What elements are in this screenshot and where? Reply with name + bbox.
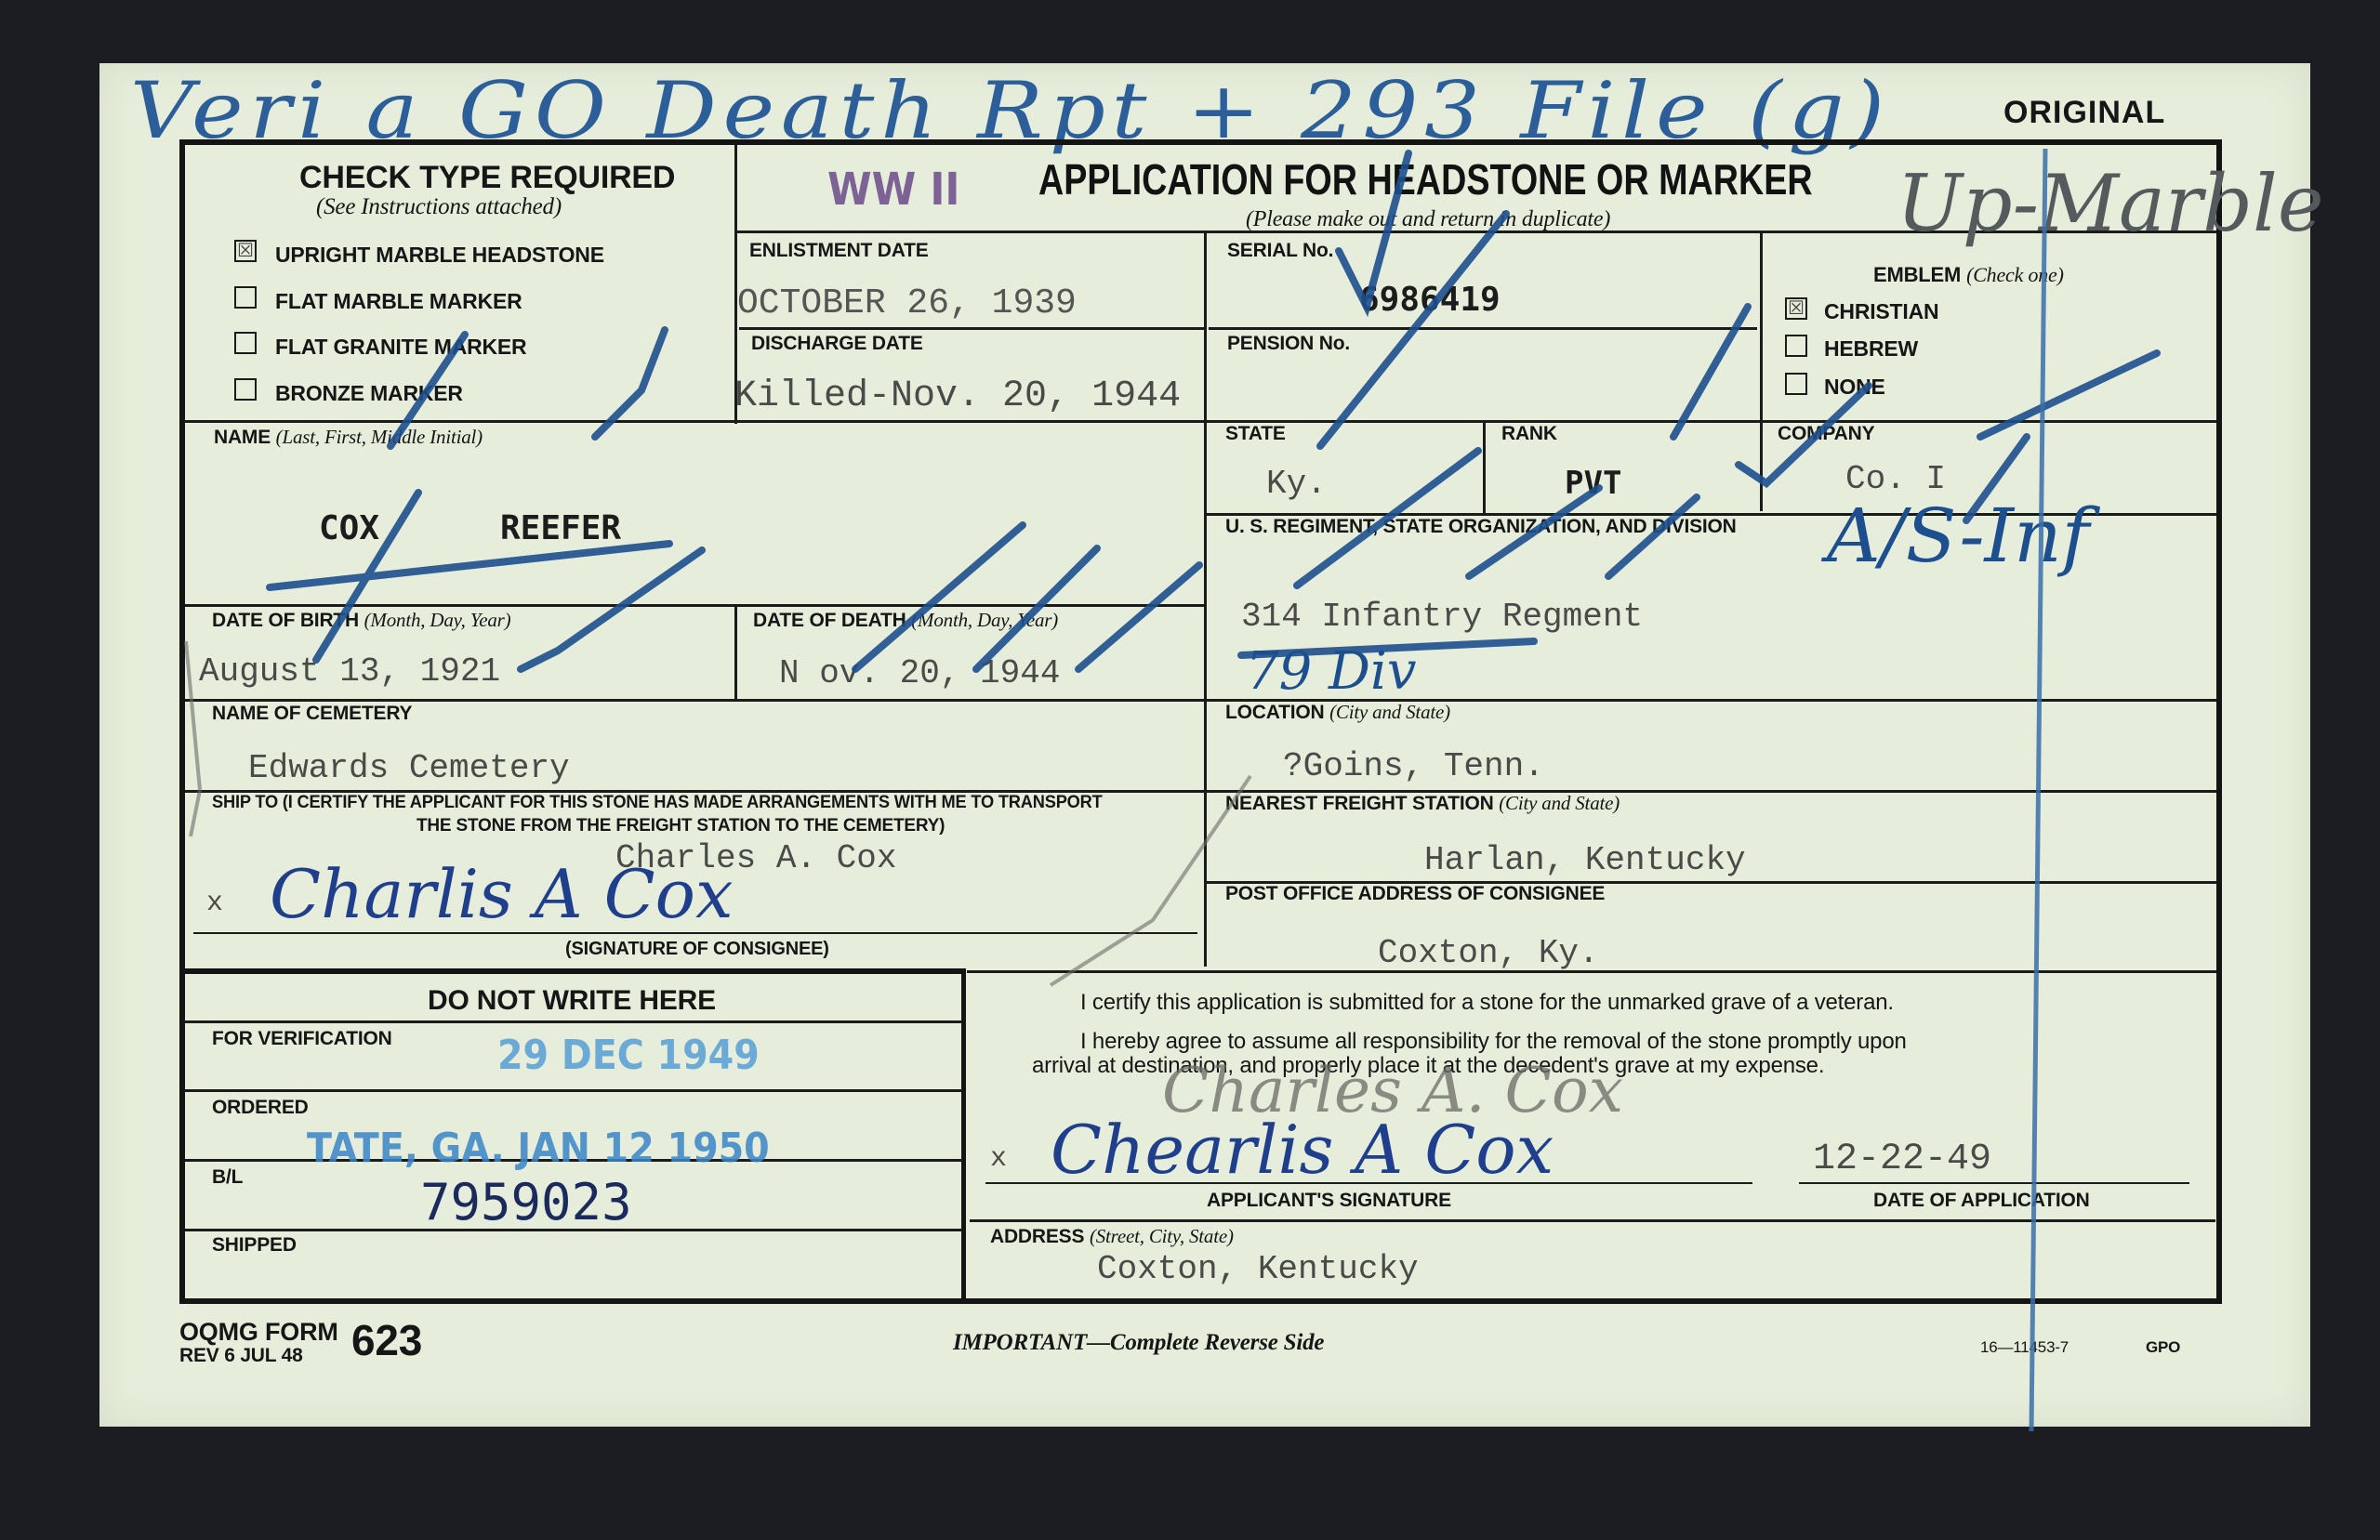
form-agency: OQMG FORM xyxy=(179,1318,338,1347)
print-code: 16—11453-7 xyxy=(1980,1338,2069,1357)
divider xyxy=(734,606,737,699)
post-office-value[interactable]: Coxton, Ky. xyxy=(1378,934,1599,972)
check-type-subheading-text: (See Instructions attached) xyxy=(316,194,562,219)
certification-line-2: I hereby agree to assume all responsibil… xyxy=(1080,1029,1907,1055)
discharge-date-value[interactable]: Killed-Nov. 20, 1944 xyxy=(734,375,1181,417)
checkbox-none[interactable] xyxy=(1785,373,1807,395)
ordered-stamp: TATE, GA. JAN 12 1950 xyxy=(307,1125,770,1172)
applicant-x-mark: x xyxy=(990,1143,1007,1175)
divider xyxy=(185,699,2216,702)
form-revision: REV 6 JUL 48 xyxy=(179,1345,303,1367)
option-label: FLAT MARBLE MARKER xyxy=(275,289,522,314)
bl-stamp: 7959023 xyxy=(420,1173,632,1231)
original-copy-mark: ORIGINAL xyxy=(2003,95,2165,131)
address-label: ADDRESS (Street, City, State) xyxy=(990,1225,1234,1248)
form-subtitle: (Please make out and return in duplicate… xyxy=(1246,206,1610,232)
state-value[interactable]: Ky. xyxy=(1266,465,1327,503)
option-label: BRONZE MARKER xyxy=(275,381,463,406)
freight-station-label: NEAREST FREIGHT STATION (City and State) xyxy=(1225,792,1620,815)
freight-station-label-note: (City and State) xyxy=(1499,792,1620,814)
ww2-stamp: WW II xyxy=(827,164,959,216)
regiment-value[interactable]: 314 Infantry Regment xyxy=(1241,598,1643,636)
applicant-signature[interactable]: Chearlis A Cox xyxy=(1051,1111,1554,1189)
location-value[interactable]: ?Goins, Tenn. xyxy=(1283,747,1544,785)
serial-number-value[interactable]: 6986419 xyxy=(1359,281,1501,319)
application-date-label: DATE OF APPLICATION xyxy=(1873,1190,2090,1212)
emblem-heading-note: (Check one) xyxy=(1966,263,2064,286)
divider xyxy=(185,420,2216,423)
form-subtitle-text: (Please make out and return in duplicate… xyxy=(1246,207,1610,231)
birth-date-label: DATE OF BIRTH (Month, Day, Year) xyxy=(212,609,510,632)
option-label: UPRIGHT MARBLE HEADSTONE xyxy=(275,243,604,268)
freight-station-label-text: NEAREST FREIGHT STATION xyxy=(1225,793,1494,814)
divider xyxy=(970,1219,2215,1222)
rank-value[interactable]: PVT xyxy=(1565,465,1621,502)
ship-to-label-line2: THE STONE FROM THE FREIGHT STATION TO TH… xyxy=(416,816,945,836)
post-office-label: POST OFFICE ADDRESS OF CONSIGNEE xyxy=(1225,883,1605,905)
form-number: 623 xyxy=(351,1315,422,1365)
divider xyxy=(185,604,1204,607)
emblem-heading: EMBLEM (Check one) xyxy=(1873,263,2064,287)
enlistment-date-label: ENLISTMENT DATE xyxy=(749,240,929,262)
consignee-x-mark: x xyxy=(206,888,223,919)
birth-date-value[interactable]: August 13, 1921 xyxy=(199,652,500,691)
birth-date-label-note: (Month, Day, Year) xyxy=(364,609,511,631)
handwritten-side-note: A/S-Inf xyxy=(1827,493,2089,579)
applicant-signature-label: APPLICANT'S SIGNATURE xyxy=(1207,1190,1451,1212)
divider xyxy=(185,1089,961,1092)
discharge-date-label: DISCHARGE DATE xyxy=(751,333,923,355)
checkbox-upright-marble-headstone[interactable]: ☒ xyxy=(234,240,257,262)
name-last-value[interactable]: COX xyxy=(319,509,379,547)
location-label: LOCATION (City and State) xyxy=(1225,701,1450,724)
divider xyxy=(739,327,1204,330)
verification-label: FOR VERIFICATION xyxy=(212,1028,392,1050)
death-date-value[interactable]: N ov. 20, 1944 xyxy=(779,654,1060,692)
name-label-note: (Last, First, Middle Initial) xyxy=(276,426,483,448)
office-use-heading: DO NOT WRITE HERE xyxy=(428,985,716,1017)
check-type-heading: CHECK TYPE REQUIRED xyxy=(299,160,675,196)
serial-number-label: SERIAL No. xyxy=(1227,240,1333,262)
form-title: APPLICATION FOR HEADSTONE OR MARKER xyxy=(1038,154,1813,204)
location-label-text: LOCATION xyxy=(1225,702,1325,723)
rank-label: RANK xyxy=(1501,423,1557,445)
company-label: COMPANY xyxy=(1778,423,1874,445)
certification-line-1: I certify this application is submitted … xyxy=(1080,990,1894,1016)
ordered-label: ORDERED xyxy=(212,1097,309,1119)
consignee-signature[interactable]: Charlis A Cox xyxy=(270,855,734,933)
signature-line xyxy=(1799,1182,2189,1184)
option-label: FLAT GRANITE MARKER xyxy=(275,335,526,360)
checkbox-flat-granite-marker[interactable] xyxy=(234,332,257,354)
printer-mark: GPO xyxy=(2146,1338,2180,1357)
emblem-option-label: NONE xyxy=(1824,375,1885,400)
location-label-note: (City and State) xyxy=(1329,701,1450,723)
cemetery-value[interactable]: Edwards Cemetery xyxy=(248,749,570,787)
name-label: NAME (Last, First, Middle Initial) xyxy=(214,426,483,449)
handwritten-division: 79 Div xyxy=(1246,641,1417,702)
emblem-option-label: CHRISTIAN xyxy=(1824,299,1938,324)
emblem-heading-text: EMBLEM xyxy=(1873,263,1961,286)
consignee-signature-caption: (SIGNATURE OF CONSIGNEE) xyxy=(565,939,829,960)
address-label-text: ADDRESS xyxy=(990,1226,1084,1247)
divider xyxy=(185,1020,961,1023)
death-date-label-note: (Month, Day, Year) xyxy=(911,609,1058,631)
divider xyxy=(1204,232,1207,967)
bl-label: B/L xyxy=(212,1166,243,1189)
death-date-label-text: DATE OF DEATH xyxy=(753,610,906,631)
regiment-label: U. S. REGIMENT, STATE ORGANIZATION, AND … xyxy=(1225,516,1737,538)
divider xyxy=(1483,423,1486,516)
pension-number-label: PENSION No. xyxy=(1227,333,1350,355)
application-date-value[interactable]: 12-22-49 xyxy=(1813,1139,1991,1180)
check-type-subheading: (See Instructions attached) xyxy=(316,193,562,220)
address-value[interactable]: Coxton, Kentucky xyxy=(1097,1250,1419,1288)
verification-stamp: 29 DEC 1949 xyxy=(497,1032,760,1079)
handwritten-marble-note: Up-Marble xyxy=(1897,158,2324,249)
important-note: IMPORTANT—Complete Reverse Side xyxy=(953,1329,1324,1356)
divider xyxy=(1209,327,1757,330)
enlistment-date-value[interactable]: OCTOBER 26, 1939 xyxy=(737,283,1077,323)
state-label: STATE xyxy=(1225,423,1286,445)
emblem-option-label: HEBREW xyxy=(1824,336,1918,362)
checkbox-bronze-marker[interactable] xyxy=(234,378,257,401)
address-label-note: (Street, City, State) xyxy=(1090,1225,1234,1247)
checkbox-flat-marble-marker[interactable] xyxy=(234,286,257,309)
freight-station-value[interactable]: Harlan, Kentucky xyxy=(1424,841,1746,879)
shipped-label: SHIPPED xyxy=(212,1234,297,1257)
name-label-text: NAME xyxy=(214,427,271,448)
checkbox-hebrew[interactable] xyxy=(1785,335,1807,357)
checkbox-christian[interactable]: ☒ xyxy=(1785,297,1807,320)
ship-to-label: SHIP TO (I CERTIFY THE APPLICANT FOR THI… xyxy=(212,793,1103,813)
name-first-value[interactable]: REEFER xyxy=(500,509,621,547)
divider xyxy=(1760,232,1763,511)
death-date-label: DATE OF DEATH (Month, Day, Year) xyxy=(753,609,1058,632)
important-note-text: IMPORTANT—Complete Reverse Side xyxy=(953,1330,1324,1355)
birth-date-label-text: DATE OF BIRTH xyxy=(212,610,359,631)
cemetery-label: NAME OF CEMETERY xyxy=(212,703,412,725)
